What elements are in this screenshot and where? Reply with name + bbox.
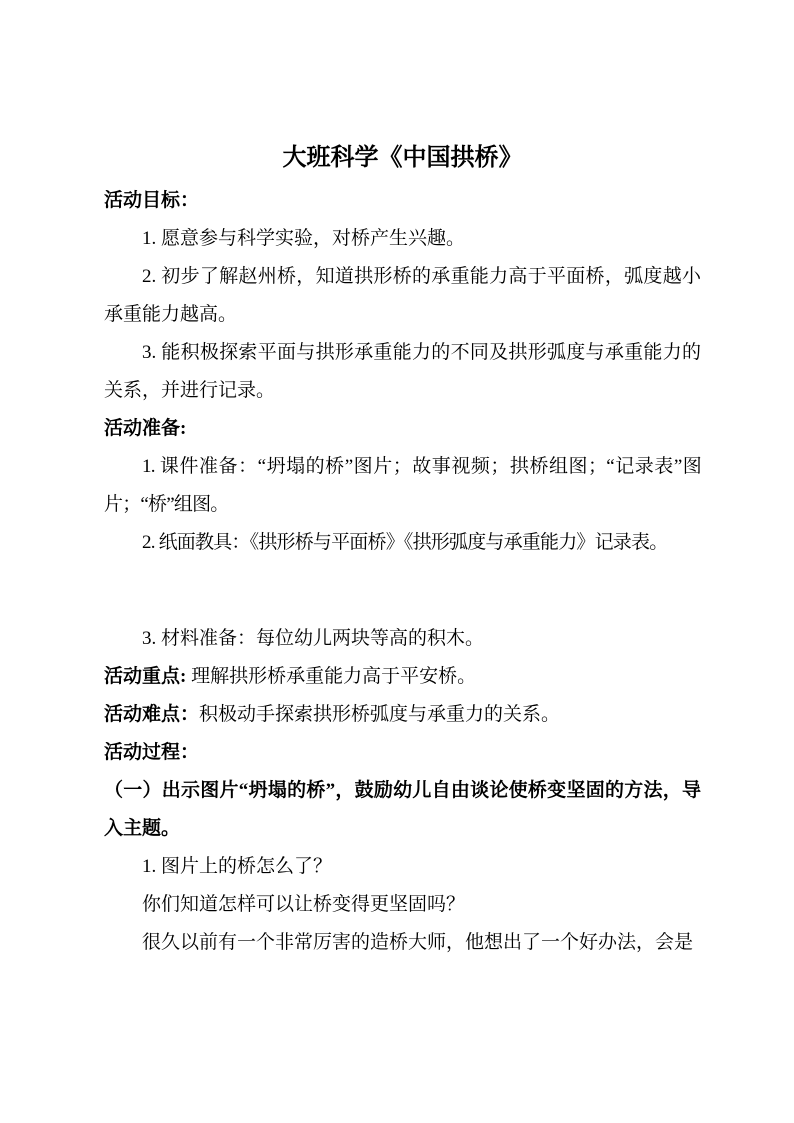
preparation-item-2: 2. 纸面教具：《拱形桥与平面桥》《拱形弧度与承重能力》记录表。	[104, 524, 701, 562]
preparation-heading: 活动准备:	[104, 410, 701, 448]
preparation-item-3: 3. 材料准备：每位幼儿两块等高的积木。	[104, 620, 701, 658]
document-title: 大班科学《中国拱桥》	[104, 140, 701, 176]
goal-item-3: 3. 能积极探索平面与拱形承重能力的不同及拱形弧度与承重能力的关系，并进行记录。	[104, 334, 701, 410]
blank-line	[104, 562, 701, 620]
process-heading: 活动过程：	[104, 734, 701, 772]
key-point-line: 活动重点: 理解拱形桥承重能力高于平安桥。	[104, 658, 701, 696]
difficulty-text: 积极动手探索拱形桥弧度与承重力的关系。	[199, 704, 560, 725]
preparation-item-1: 1. 课件准备：“坍塌的桥”图片；故事视频；拱桥组图；“记录表”图片；“桥”组图…	[104, 448, 701, 524]
document-page: 大班科学《中国拱桥》 活动目标： 1. 愿意参与科学实验，对桥产生兴趣。 2. …	[0, 0, 794, 1123]
difficulty-line: 活动难点：积极动手探索拱形桥弧度与承重力的关系。	[104, 696, 701, 734]
goal-item-2: 2. 初步了解赵州桥，知道拱形桥的承重能力高于平面桥，弧度越小承重能力越高。	[104, 258, 701, 334]
process-line-3: 很久以前有一个非常厉害的造桥大师，他想出了一个好办法，会是	[104, 924, 701, 962]
process-part1-heading: （一）出示图片“坍塌的桥”，鼓励幼儿自由谈论使桥变坚固的方法，导入主题。	[104, 772, 701, 848]
difficulty-label: 活动难点：	[104, 704, 199, 725]
document-content: 大班科学《中国拱桥》 活动目标： 1. 愿意参与科学实验，对桥产生兴趣。 2. …	[104, 140, 701, 962]
process-line-1: 1. 图片上的桥怎么了？	[104, 848, 701, 886]
process-line-2: 你们知道怎样可以让桥变得更坚固吗？	[104, 886, 701, 924]
goals-heading: 活动目标：	[104, 182, 701, 220]
goal-item-1: 1. 愿意参与科学实验，对桥产生兴趣。	[104, 220, 701, 258]
key-point-label: 活动重点:	[104, 666, 186, 687]
key-point-text: 理解拱形桥承重能力高于平安桥。	[186, 666, 476, 687]
